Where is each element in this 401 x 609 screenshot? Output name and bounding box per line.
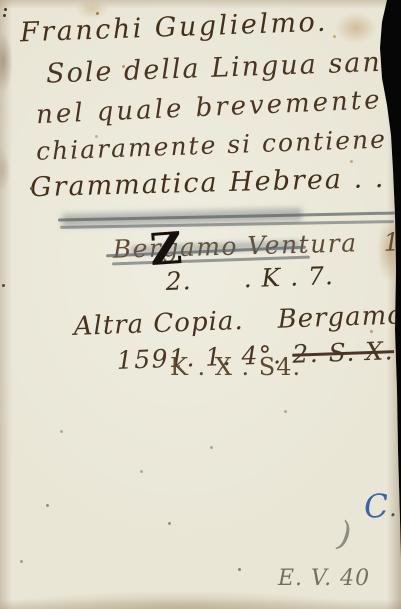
author-line: Franchi Guglielmo. bbox=[20, 9, 329, 47]
title-line-3: chiaramente si contiene la bbox=[36, 125, 401, 164]
title-line-2: nel quale brevemente e bbox=[36, 86, 401, 128]
blue-c-period: . bbox=[388, 494, 398, 522]
blue-c-mark: C. bbox=[300, 457, 400, 559]
title-line-1: Sole della Lingua santa, bbox=[46, 47, 401, 87]
photo-background: Franchi Guglielmo. Sole della Lingua san… bbox=[0, 0, 401, 609]
title-line-4: Grammatica Hebrea . . . . bbox=[30, 164, 401, 201]
ink-overwrite-z-mark: Z bbox=[149, 227, 184, 273]
accession-number: E. V. 40 bbox=[278, 568, 370, 590]
catalog-card-paper: Franchi Guglielmo. Sole della Lingua san… bbox=[0, 0, 401, 609]
struck-shelfmark: 2. S. X. bbox=[292, 336, 395, 369]
paper-specks bbox=[0, 0, 3, 3]
shelfmark-line: K . X . S4. bbox=[170, 355, 301, 379]
blue-c-letter: C bbox=[363, 486, 390, 526]
imprint-1599-year: 1599. 1. 4. bbox=[383, 224, 401, 257]
